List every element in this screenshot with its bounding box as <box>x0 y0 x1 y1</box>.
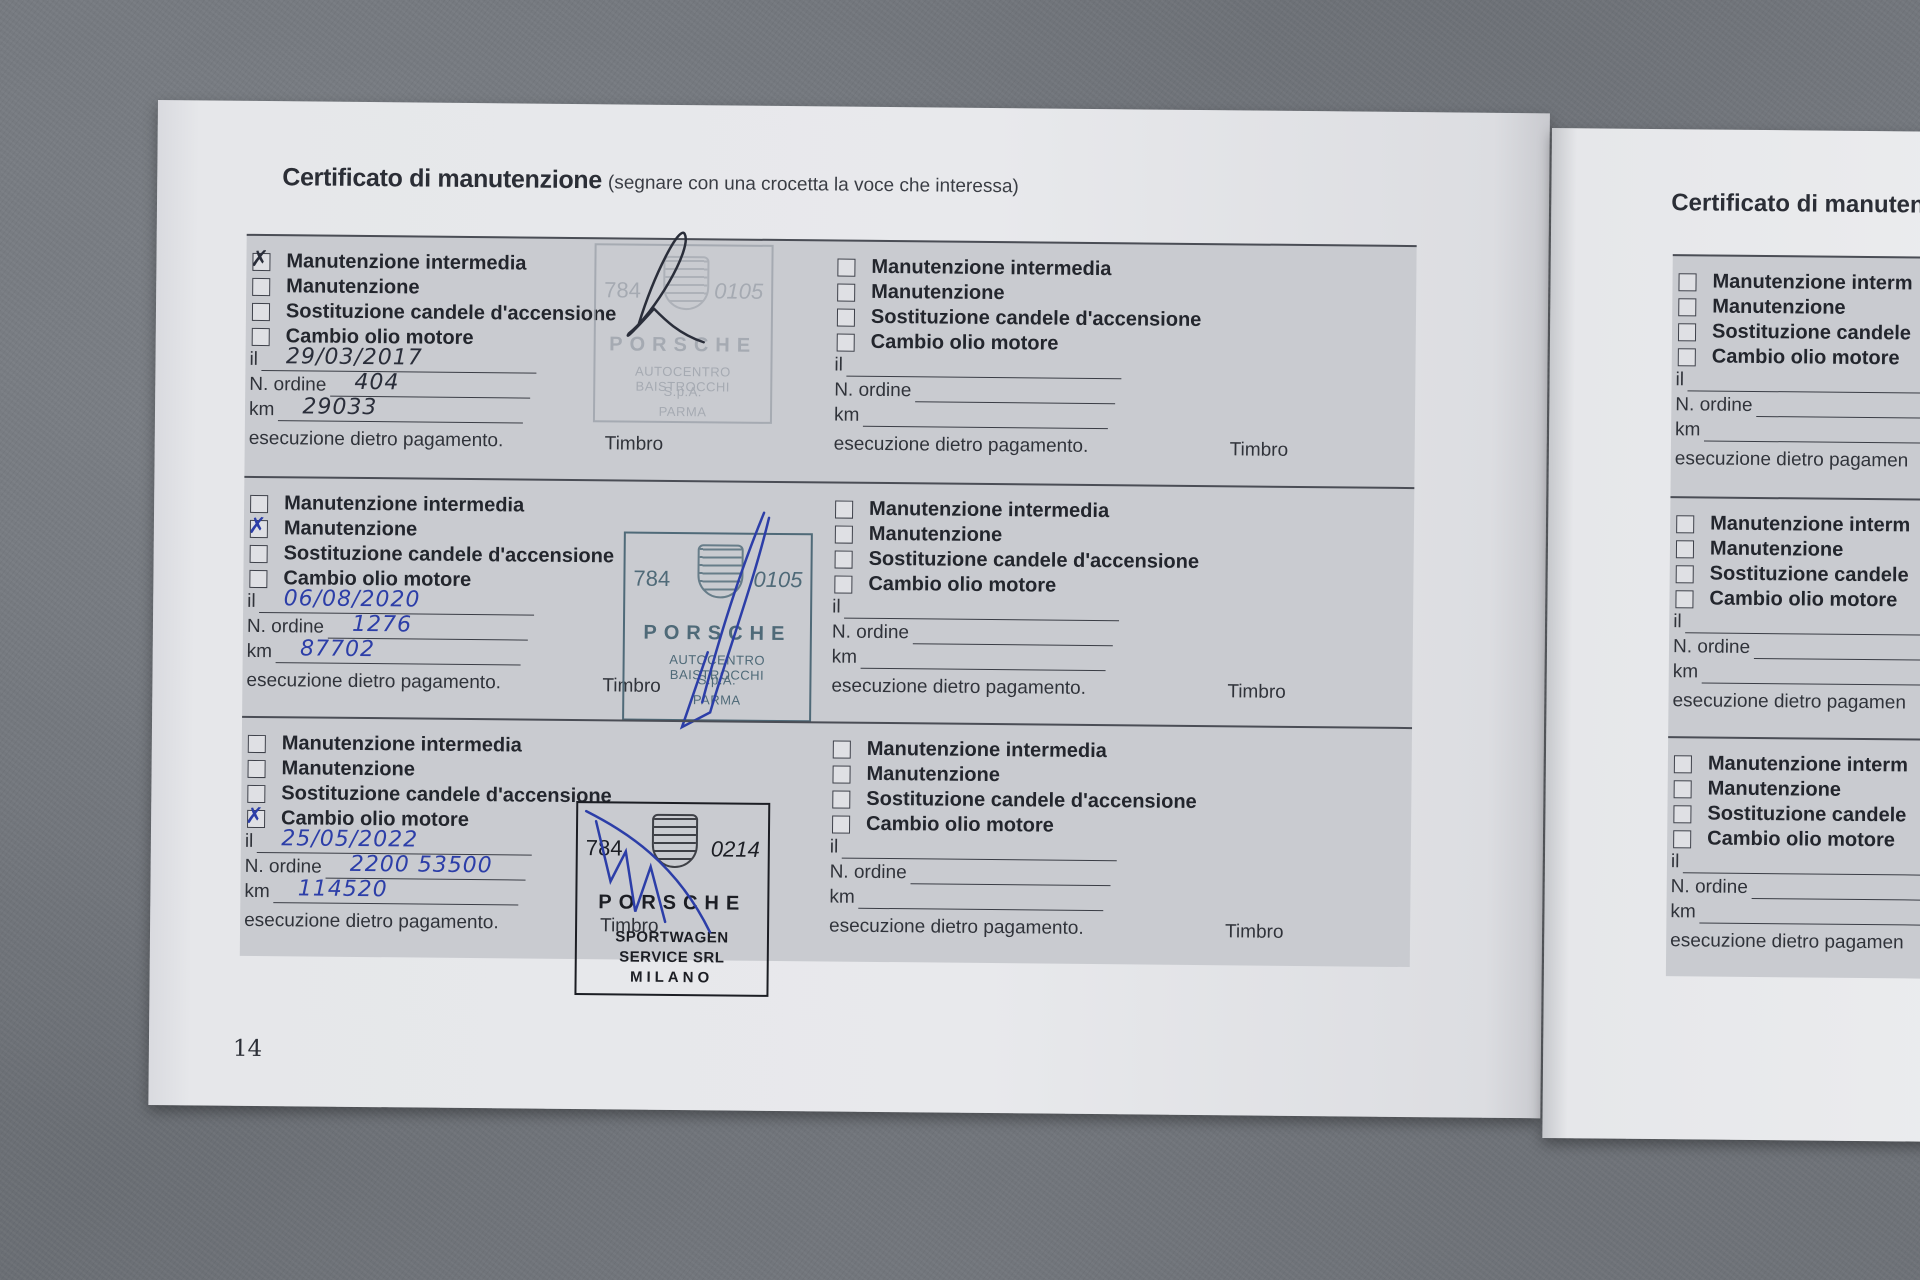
checkbox[interactable] <box>837 333 855 351</box>
option-label: Manutenzione intermedia <box>871 256 1111 281</box>
booklet-right-page: Certificato di manuten Manutenzione inte… <box>1542 128 1920 1142</box>
checkbox[interactable] <box>250 544 268 562</box>
field-label: km <box>1675 419 1701 441</box>
checkbox[interactable]: ✗ <box>252 252 270 270</box>
form-row: Manutenzione intermediaManutenzioneSosti… <box>240 716 1412 967</box>
order-number-field[interactable]: N. ordine <box>830 860 1111 886</box>
maintenance-option[interactable]: Manutenzione intermedia <box>250 492 524 518</box>
option-label: Cambio olio motore <box>868 573 1056 598</box>
checkbox[interactable] <box>1673 830 1691 848</box>
maintenance-option[interactable]: ✗Manutenzione <box>250 517 418 542</box>
km-field[interactable]: km <box>1675 418 1920 444</box>
maintenance-option[interactable]: Manutenzione <box>247 757 415 782</box>
maintenance-option[interactable]: Manutenzione <box>1676 537 1844 562</box>
field-line[interactable] <box>1683 850 1920 876</box>
payment-note: esecuzione dietro pagamento. <box>246 670 501 694</box>
option-label: Manutenzione intermedia <box>286 250 526 275</box>
option-label: Manutenzione <box>286 275 420 299</box>
payment-note: esecuzione dietro pagamento. <box>829 915 1084 939</box>
stamp-label: Timbro <box>1225 921 1284 944</box>
option-label: Manutenzione interm <box>1712 271 1912 296</box>
option-label: Sostituzione candele <box>1710 563 1909 588</box>
field-line[interactable]: 29033 <box>278 398 523 423</box>
maintenance-option[interactable]: Manutenzione <box>1674 777 1842 802</box>
maintenance-entry: Manutenzione intermedia✗ManutenzioneSost… <box>242 478 829 722</box>
checkbox[interactable] <box>1675 590 1693 608</box>
date-field[interactable]: il <box>1675 368 1920 394</box>
field-label: N. ordine <box>245 856 322 879</box>
check-mark-icon: ✗ <box>248 515 267 537</box>
checkbox[interactable] <box>248 759 266 777</box>
field-label: km <box>247 641 273 663</box>
handwritten-value: 06/08/2020 <box>284 586 421 612</box>
option-label: Manutenzione <box>1710 538 1844 562</box>
payment-note: esecuzione dietro pagamento. <box>831 675 1086 699</box>
field-label: il <box>830 836 839 858</box>
order-number-field[interactable]: N. ordine1276 <box>247 615 528 641</box>
checkbox[interactable] <box>837 258 855 276</box>
maintenance-form-grid: ✗Manutenzione intermediaManutenzioneSost… <box>240 234 1417 967</box>
maintenance-entry: Manutenzione intermediaManutenzioneSosti… <box>827 483 1414 727</box>
field-label: N. ordine <box>249 374 326 397</box>
field-line[interactable] <box>911 861 1111 886</box>
checkbox[interactable] <box>1678 273 1696 291</box>
page-title: Certificato di manutenzione(segnare con … <box>282 163 1019 199</box>
km-field[interactable]: km114520 <box>244 880 519 906</box>
option-label: Manutenzione <box>281 757 415 781</box>
checkbox[interactable] <box>832 815 850 833</box>
right-page-title: Certificato di manuten <box>1671 189 1920 219</box>
field-label: N. ordine <box>834 380 911 403</box>
field-line[interactable] <box>859 886 1104 911</box>
checkbox[interactable]: ✗ <box>250 519 268 537</box>
field-line[interactable] <box>913 621 1113 646</box>
maintenance-option[interactable]: Manutenzione intermedia <box>248 732 522 758</box>
checkbox[interactable] <box>1678 348 1696 366</box>
form-row: Manutenzione intermManutenzioneSostituzi… <box>1668 496 1920 739</box>
option-label: Sostituzione candele d'accensione <box>869 548 1200 574</box>
checkbox[interactable] <box>1678 298 1696 316</box>
maintenance-option[interactable]: Sostituzione candele d'accensione <box>835 548 1200 574</box>
payment-note: esecuzione dietro pagamento. <box>244 910 499 934</box>
maintenance-option[interactable]: Manutenzione <box>1678 295 1846 320</box>
maintenance-option[interactable]: Manutenzione intermedia <box>835 498 1109 524</box>
option-label: Manutenzione <box>871 281 1005 305</box>
maintenance-option[interactable]: Manutenzione intermedia <box>833 738 1107 764</box>
handwritten-value: 114520 <box>298 876 388 902</box>
field-label: il <box>834 355 843 377</box>
checkbox[interactable] <box>1673 805 1691 823</box>
option-label: Manutenzione <box>869 523 1003 547</box>
handwritten-value: 29033 <box>302 394 377 420</box>
handwritten-value: 1276 <box>352 612 412 638</box>
maintenance-option[interactable]: Cambio olio motore <box>1673 827 1895 852</box>
signature-icon <box>564 771 766 1013</box>
option-label: Manutenzione <box>1712 296 1846 320</box>
field-label: il <box>245 831 254 853</box>
checkbox[interactable] <box>1676 540 1694 558</box>
date-field[interactable]: il <box>1671 850 1920 876</box>
checkbox[interactable] <box>835 525 853 543</box>
field-line[interactable] <box>1756 394 1920 420</box>
field-label: N. ordine <box>832 621 909 644</box>
maintenance-option[interactable]: Sostituzione candele d'accensione <box>252 300 617 326</box>
maintenance-option[interactable]: Manutenzione interm <box>1678 270 1912 295</box>
maintenance-option[interactable]: Cambio olio motore <box>834 573 1056 598</box>
maintenance-option[interactable]: Manutenzione intermedia <box>837 256 1111 282</box>
maintenance-option[interactable]: Manutenzione <box>252 275 420 300</box>
date-field[interactable]: il <box>1673 610 1920 636</box>
booklet-left-page: Certificato di manutenzione(segnare con … <box>148 100 1550 1118</box>
field-line[interactable] <box>842 836 1117 862</box>
checkbox[interactable] <box>837 308 855 326</box>
order-field[interactable]: N. ordine <box>1671 875 1920 902</box>
checkbox[interactable] <box>252 277 270 295</box>
field-line[interactable] <box>1686 610 1920 636</box>
field-label: il <box>1675 369 1684 391</box>
field-label: km <box>832 646 858 668</box>
order-number-field[interactable]: N. ordine <box>834 379 1115 405</box>
option-label: Manutenzione <box>866 763 1000 787</box>
km-field[interactable]: km <box>832 645 1107 671</box>
form-row: Manutenzione intermManutenzioneSostituzi… <box>1666 736 1920 979</box>
field-line[interactable] <box>915 379 1115 404</box>
maintenance-option[interactable]: Sostituzione candele d'accensione <box>837 306 1202 332</box>
checkbox[interactable] <box>1678 323 1696 341</box>
checkbox[interactable]: ✗ <box>247 809 265 827</box>
option-label: Sostituzione candele d'accensione <box>284 542 615 568</box>
maintenance-option[interactable]: Cambio olio motore <box>832 813 1054 838</box>
maintenance-option[interactable]: Manutenzione <box>837 281 1005 306</box>
field-label: il <box>247 591 256 613</box>
checkbox[interactable] <box>833 740 851 758</box>
form-row: Manutenzione intermManutenzioneSostituzi… <box>1670 256 1920 497</box>
maintenance-entry: Manutenzione intermediaManutenzioneSosti… <box>829 241 1416 485</box>
field-line[interactable] <box>847 354 1122 380</box>
date-field[interactable]: il <box>830 835 1118 861</box>
signature-icon <box>612 501 814 743</box>
form-row: ✗Manutenzione intermediaManutenzioneSost… <box>244 236 1416 485</box>
checkbox[interactable] <box>1676 515 1694 533</box>
maintenance-option[interactable]: Cambio olio motore <box>837 331 1059 356</box>
payment-note: esecuzione dietro pagamen <box>1670 930 1904 954</box>
checkbox[interactable] <box>248 734 266 752</box>
option-label: Cambio olio motore <box>1709 588 1897 613</box>
check-mark-icon: ✗ <box>245 805 264 827</box>
field-line[interactable] <box>863 404 1108 429</box>
option-label: Manutenzione interm <box>1710 513 1910 538</box>
handwritten-value: 2200 53500 <box>350 852 493 878</box>
handwritten-value: 404 <box>354 370 399 395</box>
maintenance-option[interactable]: Sostituzione candele d'accensione <box>250 542 615 568</box>
title-note: (segnare con una crocetta la voce che in… <box>608 172 1019 197</box>
maintenance-option[interactable]: Cambio olio motore <box>1675 587 1897 612</box>
option-label: Manutenzione <box>1708 778 1842 802</box>
stamp-label: Timbro <box>1230 439 1289 462</box>
field-label: il <box>832 596 841 618</box>
checkbox[interactable] <box>252 302 270 320</box>
field-line[interactable] <box>1702 660 1920 686</box>
title-text: Certificato di manutenzione <box>282 163 602 194</box>
maintenance-option[interactable]: Sostituzione candele <box>1678 320 1911 345</box>
handwritten-value: 29/03/2017 <box>286 344 423 370</box>
option-label: Cambio olio motore <box>1712 346 1900 371</box>
maintenance-entry: Manutenzione intermediaManutenzioneSosti… <box>825 723 1412 967</box>
checkbox[interactable] <box>835 500 853 518</box>
field-line[interactable]: 114520 <box>274 880 519 905</box>
payment-note: esecuzione dietro pagamen <box>1675 448 1909 472</box>
field-line[interactable] <box>1752 876 1920 902</box>
order-field[interactable]: N. ordine <box>1673 635 1920 662</box>
check-mark-icon: ✗ <box>250 248 269 270</box>
option-label: Cambio olio motore <box>866 813 1054 838</box>
km-field[interactable]: km <box>829 885 1104 911</box>
option-label: Sostituzione candele <box>1707 803 1906 828</box>
stamp-label: Timbro <box>1227 681 1286 704</box>
maintenance-option[interactable]: Manutenzione <box>832 763 1000 788</box>
checkbox[interactable] <box>252 327 270 345</box>
field-label: N. ordine <box>1671 876 1748 899</box>
maintenance-option[interactable]: Sostituzione candele d'accensione <box>247 782 612 808</box>
field-label: N. ordine <box>830 861 907 884</box>
checkbox[interactable] <box>837 283 855 301</box>
option-label: Manutenzione interm <box>1708 753 1908 778</box>
field-label: N. ordine <box>247 616 324 639</box>
field-label: km <box>829 886 855 908</box>
payment-note: esecuzione dietro pagamento. <box>249 428 504 452</box>
checkbox[interactable] <box>249 569 267 587</box>
maintenance-option[interactable]: Manutenzione interm <box>1674 752 1908 777</box>
checkbox[interactable] <box>834 575 852 593</box>
order-field[interactable]: N. ordine <box>1675 393 1920 420</box>
maintenance-option[interactable]: Cambio olio motore <box>1678 345 1900 370</box>
field-line[interactable] <box>1754 636 1920 662</box>
km-field[interactable]: km <box>1673 660 1920 686</box>
option-label: Sostituzione candele d'accensione <box>286 300 617 326</box>
field-label: km <box>1670 901 1696 923</box>
option-label: Sostituzione candele d'accensione <box>866 788 1197 814</box>
field-line[interactable] <box>1700 900 1920 926</box>
option-label: Sostituzione candele d'accensione <box>871 306 1202 332</box>
option-label: Manutenzione intermedia <box>869 498 1109 523</box>
field-line[interactable] <box>1688 368 1920 394</box>
signature-icon <box>583 213 785 455</box>
field-label: il <box>249 349 258 371</box>
date-field[interactable]: il <box>832 595 1120 621</box>
maintenance-option[interactable]: Sostituzione candele <box>1676 562 1909 587</box>
option-label: Sostituzione candele d'accensione <box>281 782 612 808</box>
checkbox[interactable] <box>832 790 850 808</box>
field-label: km <box>1673 661 1699 683</box>
checkbox[interactable] <box>1676 565 1694 583</box>
field-line[interactable] <box>861 646 1106 671</box>
field-label: N. ordine <box>1673 636 1750 659</box>
page-number: 14 <box>233 1036 263 1062</box>
checkbox[interactable] <box>1674 780 1692 798</box>
field-line[interactable]: 87702 <box>276 640 521 665</box>
option-label: Manutenzione intermedia <box>284 492 524 517</box>
field-label: N. ordine <box>1675 394 1752 417</box>
option-label: Sostituzione candele <box>1712 321 1911 346</box>
option-label: Manutenzione <box>284 517 418 541</box>
field-line[interactable] <box>845 596 1120 622</box>
km-field[interactable]: km <box>834 404 1109 430</box>
checkbox[interactable] <box>247 784 265 802</box>
field-line[interactable] <box>1704 418 1920 444</box>
option-label: Manutenzione intermedia <box>867 738 1107 763</box>
field-label: il <box>1671 851 1680 873</box>
checkbox[interactable] <box>835 550 853 568</box>
checkbox[interactable] <box>832 765 850 783</box>
km-field[interactable]: km87702 <box>247 640 522 666</box>
field-label: km <box>244 881 270 903</box>
payment-note: esecuzione dietro pagamento. <box>834 434 1089 458</box>
maintenance-option[interactable]: Sostituzione candele d'accensione <box>832 788 1197 814</box>
maintenance-entry: Manutenzione intermediaManutenzioneSosti… <box>240 718 827 962</box>
field-label: km <box>249 399 275 421</box>
form-row: Manutenzione intermedia✗ManutenzioneSost… <box>242 476 1414 727</box>
option-label: Cambio olio motore <box>1707 828 1895 853</box>
payment-note: esecuzione dietro pagamen <box>1672 690 1906 714</box>
field-label: km <box>834 405 860 427</box>
handwritten-value: 87702 <box>300 636 375 662</box>
handwritten-value: 25/05/2022 <box>281 826 418 852</box>
order-number-field[interactable]: N. ordine <box>832 620 1113 646</box>
right-form-grid: Manutenzione intermManutenzioneSostituzi… <box>1666 254 1920 979</box>
checkbox[interactable] <box>1674 755 1692 773</box>
date-field[interactable]: il <box>834 354 1122 380</box>
checkbox[interactable] <box>250 494 268 512</box>
maintenance-option[interactable]: Manutenzione interm <box>1676 512 1910 537</box>
field-label: il <box>1673 611 1682 633</box>
order-number-field[interactable]: N. ordine404 <box>249 373 530 399</box>
option-label: Cambio olio motore <box>871 331 1059 356</box>
maintenance-option[interactable]: Sostituzione candele <box>1673 802 1906 827</box>
maintenance-entry: ✗Manutenzione intermediaManutenzioneSost… <box>244 236 831 480</box>
maintenance-option[interactable]: Manutenzione <box>835 523 1003 548</box>
option-label: Manutenzione intermedia <box>282 732 522 757</box>
km-field[interactable]: km29033 <box>249 398 524 424</box>
maintenance-option[interactable]: ✗Manutenzione intermedia <box>252 250 526 276</box>
km-field[interactable]: km <box>1670 900 1920 926</box>
